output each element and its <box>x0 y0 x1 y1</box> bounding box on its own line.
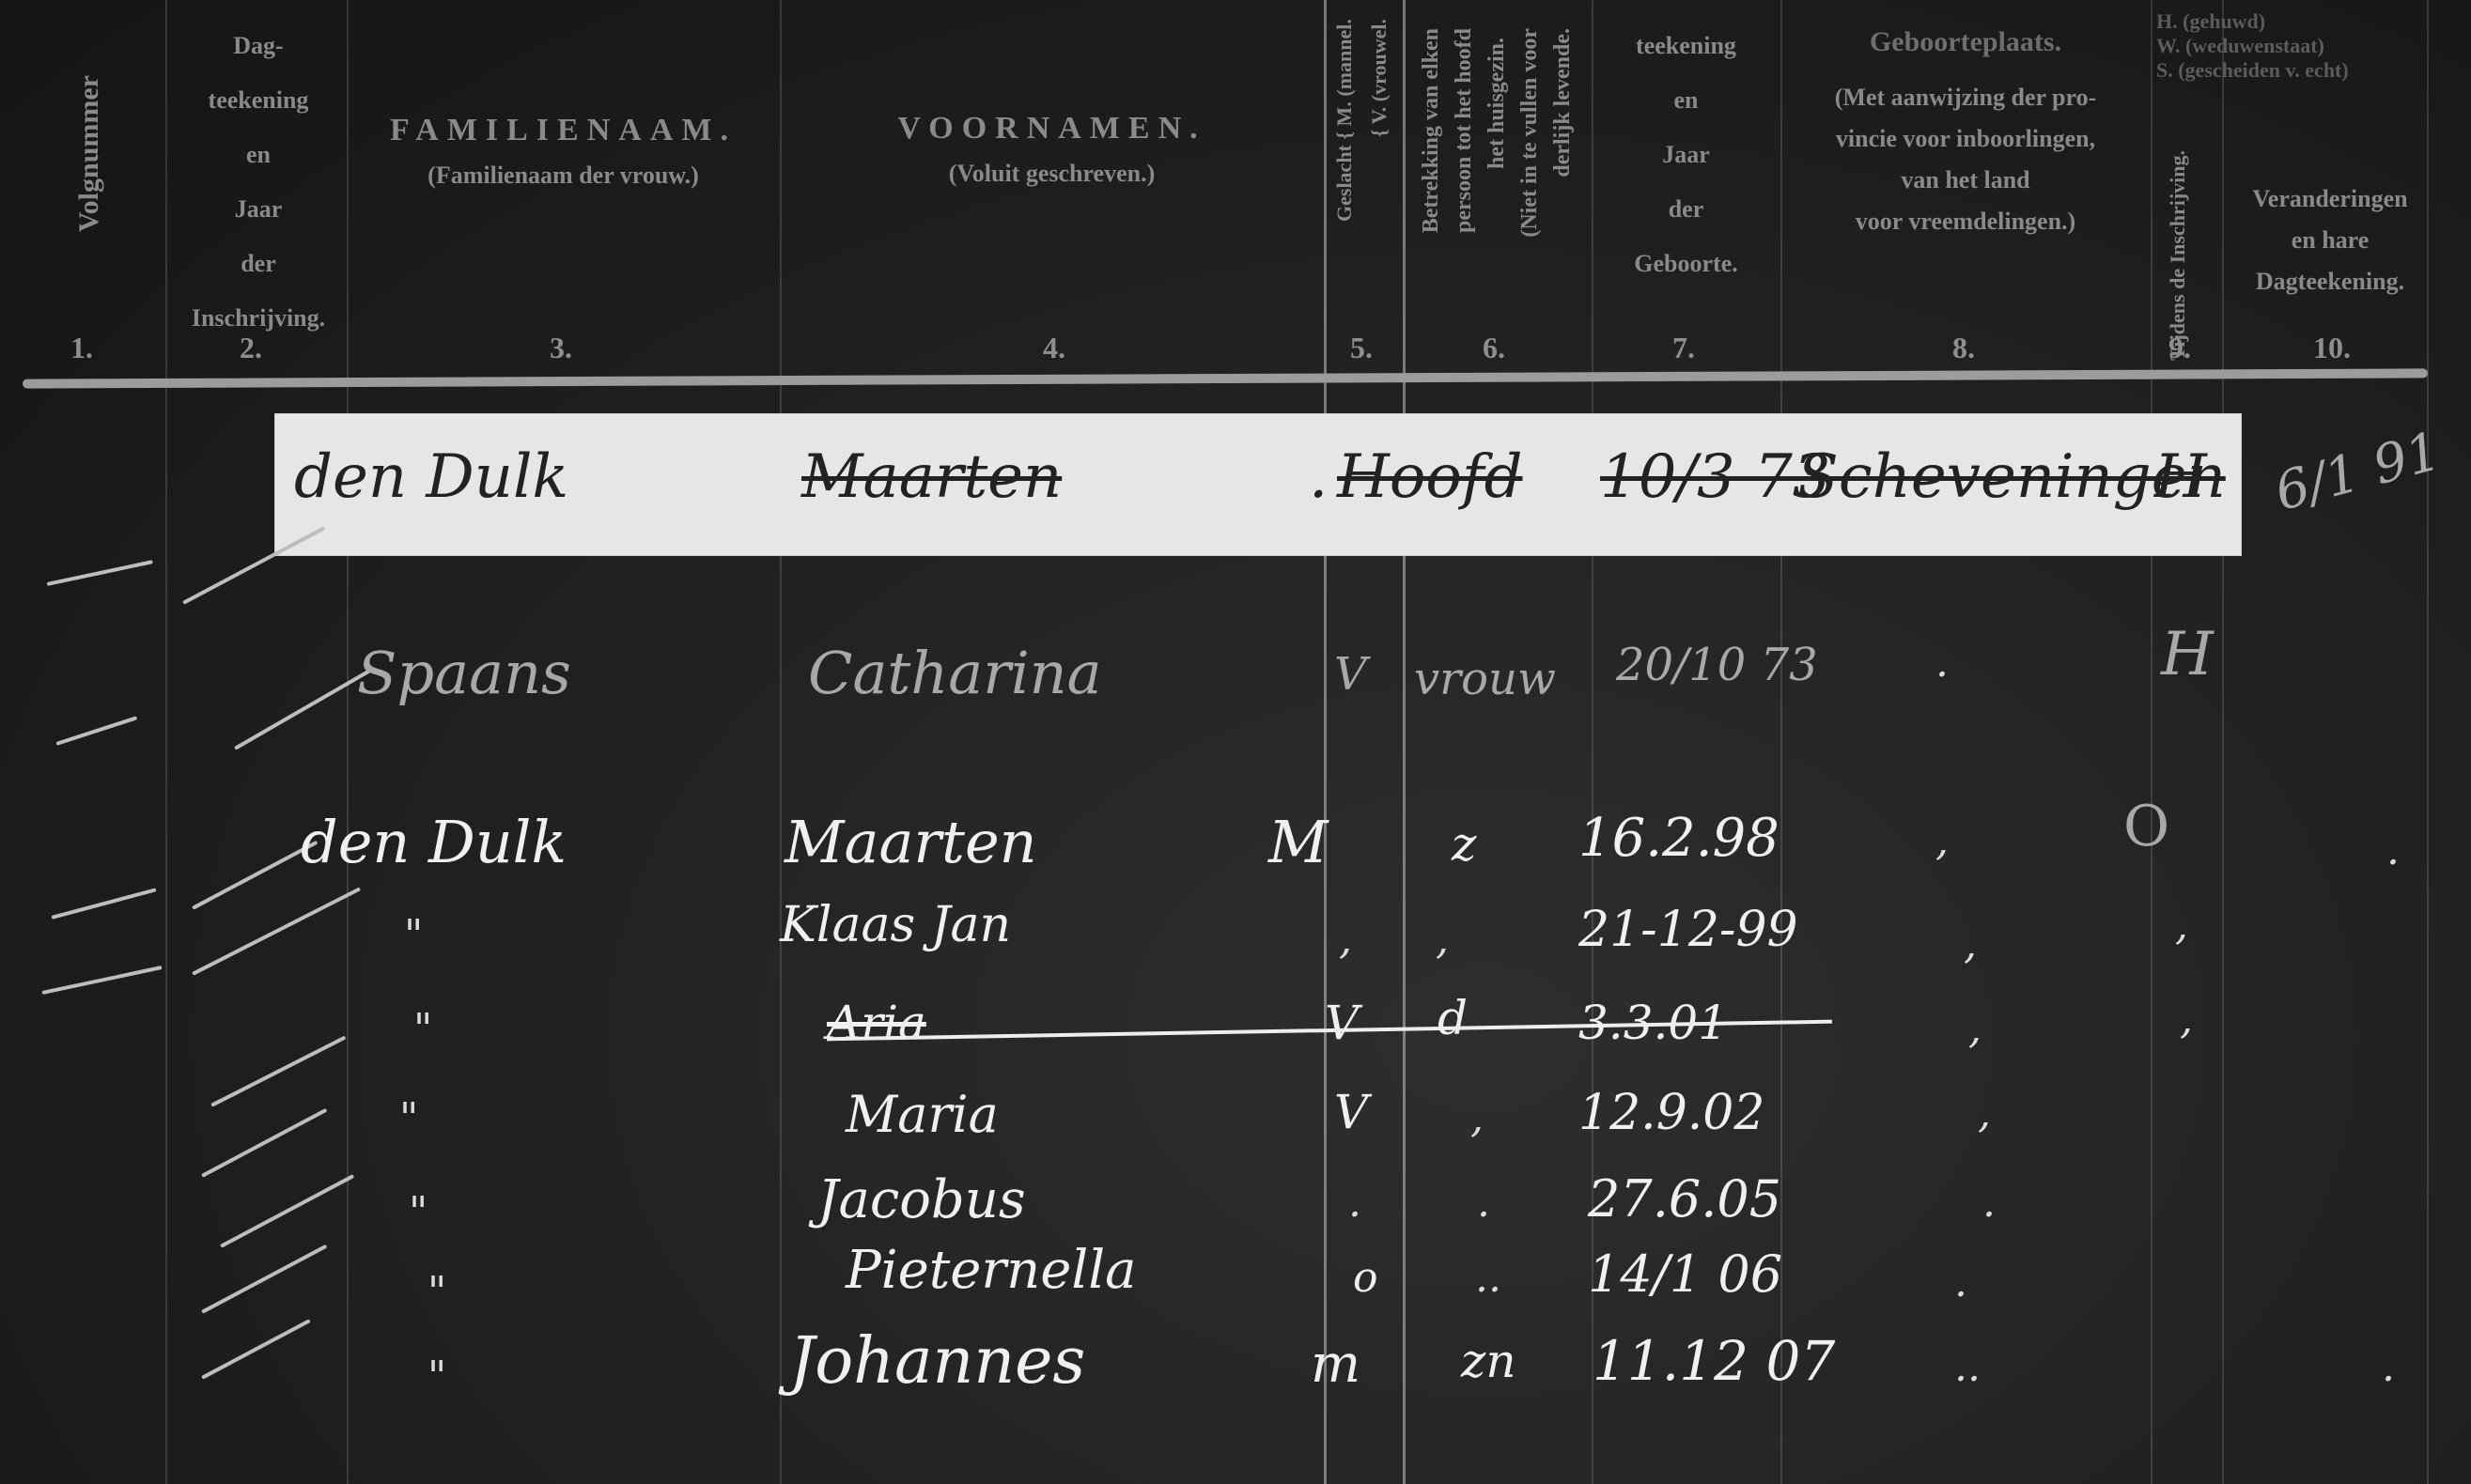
column-divider <box>1403 0 1406 1484</box>
betrekking: zn <box>1461 1334 1516 1388</box>
geboorte: 21-12-99 <box>1578 902 1798 958</box>
col5-option-v: { V. (vrouwel. <box>1367 19 1391 137</box>
geboorte: 14/1 06 <box>1588 1244 1782 1304</box>
voornamen: Jacobus <box>817 1169 1026 1230</box>
geboorte: 11.12 07 <box>1593 1329 1835 1393</box>
voornamen: Pieternella <box>846 1240 1137 1301</box>
inschrijving-mark <box>182 526 325 604</box>
betrekking: .. <box>1475 1254 1501 1302</box>
col9-header-top: H. (gehuwd) W. (weduwenstaat) S. (gesche… <box>2156 9 2429 83</box>
col8-header: Geboorteplaats. (Met aanwijzing der pro-… <box>1780 26 2151 242</box>
col7-header: teekening en Jaar der Geboorte. <box>1592 19 1780 291</box>
col3-header: FAMILIENAAM. (Familienaam der vrouw.) <box>347 113 780 190</box>
voornamen: Aria <box>827 996 926 1050</box>
voornamen: Catharina <box>808 639 1102 707</box>
column-divider <box>2151 0 2152 1484</box>
inschrijving-mark <box>220 1174 354 1248</box>
col10-header: Veranderingen en hare Dagteekening. <box>2236 178 2424 302</box>
betrekking: d <box>1438 991 1468 1045</box>
geslacht: V <box>1334 648 1367 701</box>
familienaam: " <box>413 1005 432 1053</box>
betrekking: . <box>1477 1179 1490 1227</box>
geboorteplaats: .. <box>1954 1343 1981 1391</box>
geboorteplaats: . <box>1982 1179 1996 1227</box>
geboorteplaats: , <box>1978 1090 1991 1137</box>
inschrijving-mark <box>201 1319 311 1380</box>
geslacht: m <box>1311 1334 1360 1395</box>
col4-header: VOORNAMEN. (Voluit geschreven.) <box>780 111 1324 188</box>
veranderingen: . <box>2382 1343 2395 1391</box>
col-num-7: 7. <box>1672 331 1695 365</box>
voornamen: Maria <box>846 1085 999 1144</box>
inschrijving-mark <box>192 841 318 910</box>
voornamen: Klaas Jan <box>780 897 1011 953</box>
burgerlijke-staat: , <box>2180 996 2193 1043</box>
col9-header: Tijdens de Inschrijving. <box>2166 150 2190 361</box>
geboorteplaats: , <box>1964 920 1977 968</box>
inschrijving-mark <box>210 1036 346 1107</box>
veranderingen: . <box>2386 827 2400 874</box>
geboorte: 16.2.98 <box>1578 808 1779 869</box>
familienaam: den Dulk <box>301 808 567 876</box>
betrekking: , <box>1470 1094 1484 1142</box>
betrekking: , <box>1436 916 1449 964</box>
geslacht: o <box>1353 1254 1378 1302</box>
header-rule <box>23 368 2428 388</box>
col-num-10: 10. <box>2313 331 2351 365</box>
geboorteplaats: . <box>1935 639 1949 687</box>
hl-voornamen: Maarten <box>801 442 1062 512</box>
geslacht: V <box>1334 1085 1368 1139</box>
burgerlijke-staat: H <box>2161 620 2214 689</box>
familienaam: " <box>404 911 423 959</box>
burgerlijke-staat: O <box>2123 794 2169 859</box>
burgerlijke-staat: , <box>2175 902 2188 950</box>
geboorte: 12.9.02 <box>1578 1085 1764 1141</box>
familienaam: " <box>399 1094 418 1142</box>
inschrijving-mark <box>192 887 361 975</box>
betrekking: vrouw <box>1414 653 1556 705</box>
geslacht: V <box>1325 996 1359 1050</box>
voornamen: Johannes <box>789 1324 1085 1399</box>
column-divider <box>165 0 167 1484</box>
col5-header: Geslacht { M. (mannel. <box>1332 19 1357 329</box>
inschrijving-mark <box>201 1108 327 1178</box>
hl-betrekking: Hoofd <box>1337 442 1523 512</box>
geboorte: 27.6.05 <box>1588 1169 1781 1229</box>
inschrijving-mark <box>201 1244 327 1314</box>
geslacht: . <box>1348 1179 1361 1227</box>
column-divider <box>2222 0 2224 1484</box>
geslacht: M <box>1268 808 1328 876</box>
col2-header: Dag- teekening en Jaar der Inschrijving. <box>169 19 348 346</box>
betrekking: z <box>1452 817 1476 872</box>
geboorteplaats: , <box>1968 1005 1981 1053</box>
col1-header: Volgnummer <box>73 75 105 232</box>
highlighted-row[interactable]: den Dulk Maarten . Hoofd 10/3 73 Scheven… <box>275 414 2241 555</box>
familienaam: " <box>409 1188 427 1236</box>
col-num-6: 6. <box>1483 331 1505 365</box>
geboorte: 20/10 73 <box>1616 639 1818 691</box>
geslacht: , <box>1339 916 1352 964</box>
familienaam: Spaans <box>357 639 571 707</box>
geboorteplaats: . <box>1954 1259 1967 1306</box>
col-num-9: 9. <box>2168 331 2191 365</box>
column-divider <box>780 0 782 1484</box>
hl-geslacht: . <box>1309 442 1328 512</box>
geboorteplaats: , <box>1935 817 1949 865</box>
col-num-5: 5. <box>1350 331 1373 365</box>
inschrijving-mark <box>234 667 374 750</box>
volgnummer-mark <box>55 716 137 746</box>
column-divider <box>1324 0 1327 1484</box>
col-num-4: 4. <box>1043 331 1065 365</box>
familienaam: " <box>427 1268 446 1316</box>
hl-veranderingen: 6/1 91 <box>2269 421 2448 523</box>
volgnummer-mark <box>47 560 153 586</box>
hl-familienaam: den Dulk <box>294 442 568 512</box>
voornamen: Maarten <box>785 808 1037 876</box>
col-num-3: 3. <box>550 331 572 365</box>
hl-burgerlijke-staat: H <box>2154 442 2207 512</box>
col-num-1: 1. <box>70 331 93 365</box>
col-num-8: 8. <box>1952 331 1975 365</box>
volgnummer-mark <box>51 888 156 920</box>
column-divider <box>2427 0 2429 1484</box>
familienaam: " <box>427 1353 446 1400</box>
volgnummer-mark <box>42 966 163 995</box>
hl-geboorte: 10/3 73 <box>1600 442 1831 512</box>
col-num-2: 2. <box>240 331 262 365</box>
